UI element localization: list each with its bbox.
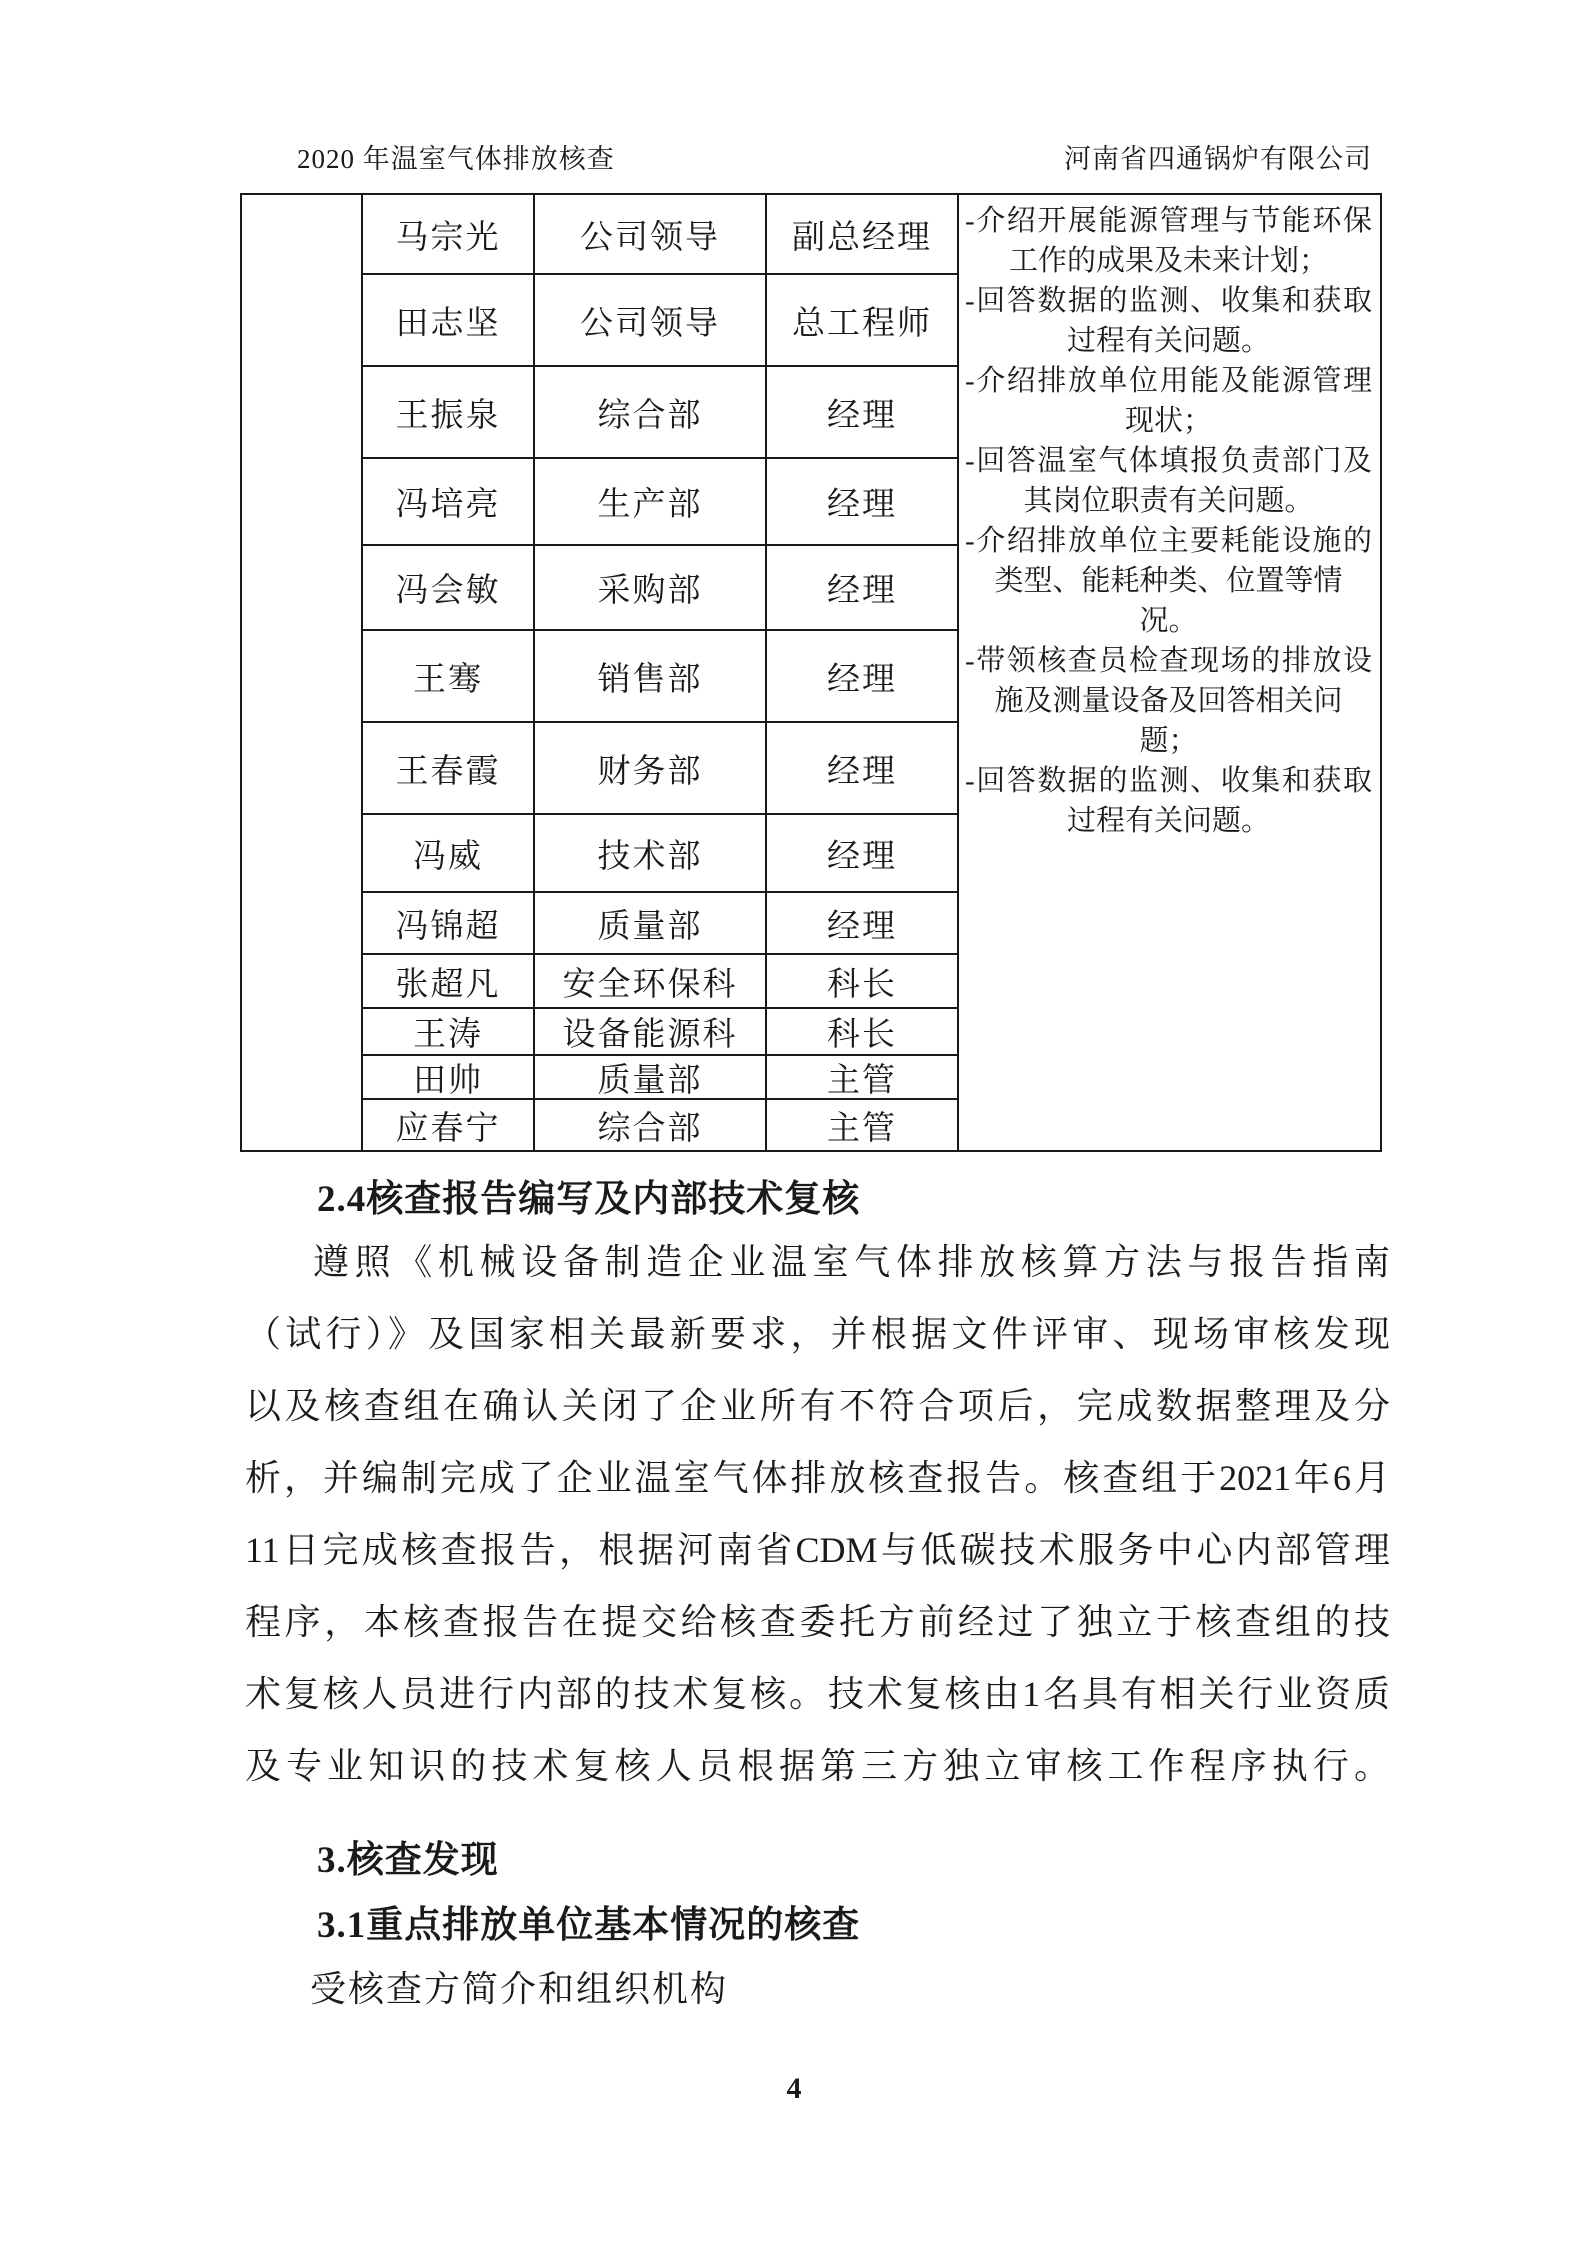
paragraph-line: 以及核查组在确认关闭了企业所有不符合项后，完成数据整理及分 xyxy=(245,1370,1390,1442)
paragraph-line: （试行）》及国家相关最新要求，并根据文件评审、现场审核发现 xyxy=(245,1298,1390,1370)
table-row: 冯威技术部经理 xyxy=(363,813,959,891)
paragraph-line: 析，并编制完成了企业温室气体排放核查报告。核查组于2021年6月 xyxy=(245,1442,1390,1514)
position-cell: 科长 xyxy=(767,1009,959,1054)
note-item-continuation: 过程有关问题。 xyxy=(965,801,1372,841)
department-cell: 设备能源科 xyxy=(535,1009,767,1054)
note-item-line: -介绍排放单位用能及能源管理 xyxy=(965,361,1372,401)
table-row: 冯培亮生产部经理 xyxy=(363,457,959,544)
department-cell: 财务部 xyxy=(535,723,767,813)
position-cell: 经理 xyxy=(767,723,959,813)
department-cell: 采购部 xyxy=(535,546,767,629)
name-cell: 冯锦超 xyxy=(363,893,535,953)
note-item-line: -回答数据的监测、收集和获取 xyxy=(965,761,1372,801)
name-cell: 张超凡 xyxy=(363,955,535,1007)
department-cell: 销售部 xyxy=(535,631,767,721)
table-row: 王骞销售部经理 xyxy=(363,629,959,721)
table-row: 应春宁综合部主管 xyxy=(363,1098,959,1150)
note-item-line: -介绍开展能源管理与节能环保 xyxy=(965,201,1372,241)
name-cell: 王骞 xyxy=(363,631,535,721)
document-page: 2020 年温室气体排放核查 河南省四通锅炉有限公司 马宗光公司领导副总经理田志… xyxy=(0,0,1588,2245)
position-cell: 副总经理 xyxy=(767,195,959,273)
department-cell: 生产部 xyxy=(535,459,767,544)
table-empty-merged-cell xyxy=(242,195,363,1150)
department-cell: 综合部 xyxy=(535,367,767,457)
table-notes-merged-cell: -介绍开展能源管理与节能环保工作的成果及未来计划；-回答数据的监测、收集和获取过… xyxy=(959,195,1380,1150)
section-heading-3-1: 3.1重点排放单位基本情况的核查 xyxy=(317,1894,860,1948)
note-item-continuation: 工作的成果及未来计划； xyxy=(965,241,1372,281)
department-cell: 公司领导 xyxy=(535,195,767,273)
department-cell: 安全环保科 xyxy=(535,955,767,1007)
note-item-continuation: 施及测量设备及回答相关问 xyxy=(965,681,1372,721)
note-item-line: -回答数据的监测、收集和获取 xyxy=(965,281,1372,321)
table-rows-container: 马宗光公司领导副总经理田志坚公司领导总工程师王振泉综合部经理冯培亮生产部经理冯会… xyxy=(363,195,959,1150)
position-cell: 总工程师 xyxy=(767,275,959,365)
table-row: 冯锦超质量部经理 xyxy=(363,891,959,953)
name-cell: 冯威 xyxy=(363,815,535,891)
table-row: 冯会敏采购部经理 xyxy=(363,544,959,629)
table-row: 王振泉综合部经理 xyxy=(363,365,959,457)
body-paragraph: 遵照《机械设备制造企业温室气体排放核算方法与报告指南（试行）》及国家相关最新要求… xyxy=(245,1226,1390,1802)
personnel-table: 马宗光公司领导副总经理田志坚公司领导总工程师王振泉综合部经理冯培亮生产部经理冯会… xyxy=(240,193,1382,1152)
name-cell: 冯会敏 xyxy=(363,546,535,629)
note-item-line: -回答温室气体填报负责部门及 xyxy=(965,441,1372,481)
name-cell: 王振泉 xyxy=(363,367,535,457)
page-header-right: 河南省四通锅炉有限公司 xyxy=(1064,137,1372,176)
table-row: 田帅质量部主管 xyxy=(363,1054,959,1098)
name-cell: 王春霞 xyxy=(363,723,535,813)
paragraph-line: 及专业知识的技术复核人员根据第三方独立审核工作程序执行。 xyxy=(245,1730,1390,1802)
table-row: 马宗光公司领导副总经理 xyxy=(363,195,959,273)
note-item-continuation: 其岗位职责有关问题。 xyxy=(965,481,1372,521)
section-subtext: 受核查方简介和组织机构 xyxy=(310,1961,728,2012)
name-cell: 马宗光 xyxy=(363,195,535,273)
table-row: 田志坚公司领导总工程师 xyxy=(363,273,959,365)
department-cell: 综合部 xyxy=(535,1100,767,1150)
page-number: 4 xyxy=(0,2072,1588,2106)
position-cell: 经理 xyxy=(767,893,959,953)
department-cell: 质量部 xyxy=(535,893,767,953)
note-item-continuation: 类型、能耗种类、位置等情 xyxy=(965,561,1372,601)
table-row: 王涛设备能源科科长 xyxy=(363,1007,959,1054)
note-item-line: -带领核查员检查现场的排放设 xyxy=(965,641,1372,681)
paragraph-line: 11日完成核查报告，根据河南省CDM与低碳技术服务中心内部管理 xyxy=(245,1514,1390,1586)
paragraph-line: 遵照《机械设备制造企业温室气体排放核算方法与报告指南 xyxy=(245,1226,1390,1298)
position-cell: 经理 xyxy=(767,546,959,629)
name-cell: 田帅 xyxy=(363,1056,535,1098)
position-cell: 经理 xyxy=(767,459,959,544)
table-row: 张超凡安全环保科科长 xyxy=(363,953,959,1007)
name-cell: 王涛 xyxy=(363,1009,535,1054)
table-row: 王春霞财务部经理 xyxy=(363,721,959,813)
department-cell: 质量部 xyxy=(535,1056,767,1098)
name-cell: 田志坚 xyxy=(363,275,535,365)
position-cell: 经理 xyxy=(767,367,959,457)
name-cell: 应春宁 xyxy=(363,1100,535,1150)
section-heading-2-4: 2.4核查报告编写及内部技术复核 xyxy=(317,1168,860,1222)
name-cell: 冯培亮 xyxy=(363,459,535,544)
position-cell: 经理 xyxy=(767,815,959,891)
position-cell: 科长 xyxy=(767,955,959,1007)
department-cell: 技术部 xyxy=(535,815,767,891)
department-cell: 公司领导 xyxy=(535,275,767,365)
note-item-continuation: 过程有关问题。 xyxy=(965,321,1372,361)
position-cell: 主管 xyxy=(767,1056,959,1098)
section-heading-3: 3.核查发现 xyxy=(317,1829,499,1883)
note-item-continuation: 现状； xyxy=(965,401,1372,441)
position-cell: 经理 xyxy=(767,631,959,721)
page-header-left: 2020 年温室气体排放核查 xyxy=(297,137,615,176)
note-item-line: -介绍排放单位主要耗能设施的 xyxy=(965,521,1372,561)
paragraph-line: 程序，本核查报告在提交给核查委托方前经过了独立于核查组的技 xyxy=(245,1586,1390,1658)
note-item-continuation: 题； xyxy=(965,721,1372,761)
position-cell: 主管 xyxy=(767,1100,959,1150)
note-item-continuation: 况。 xyxy=(965,601,1372,641)
paragraph-line: 术复核人员进行内部的技术复核。技术复核由1名具有相关行业资质 xyxy=(245,1658,1390,1730)
